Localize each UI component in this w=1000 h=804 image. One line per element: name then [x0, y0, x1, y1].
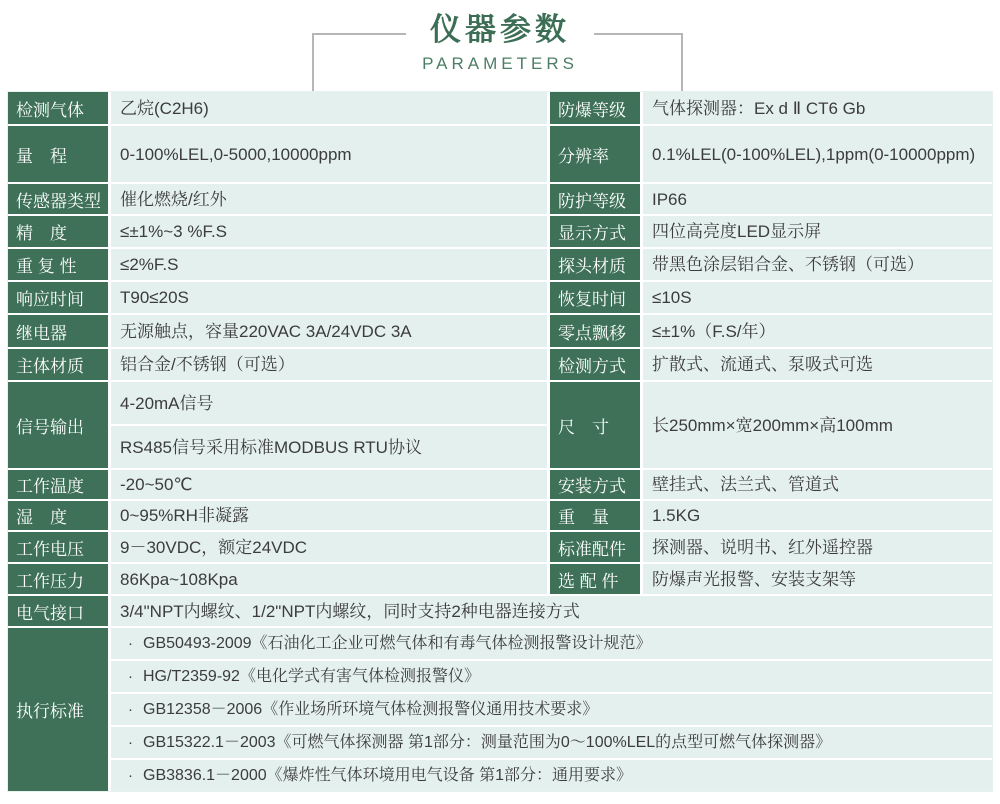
spec-value-ip-rating: IP66 [643, 184, 992, 214]
spec-label-zero-drift: 零点飘移 [550, 315, 640, 347]
spec-value-work-voltage: 9－30VDC，额定24VDC [111, 532, 547, 562]
bullet-icon: · [128, 730, 133, 755]
page-title-zh: 仪器参数 [422, 8, 578, 52]
spec-label-accuracy: 精 度 [8, 216, 108, 247]
spec-value-install-mode: 壁挂式、法兰式、管道式 [643, 470, 992, 499]
spec-value-sensor-type: 催化燃烧/红外 [111, 184, 547, 214]
spec-value-accuracy: ≤±1%~3 %F.S [111, 216, 547, 247]
spec-label-sensor-type: 传感器类型 [8, 184, 108, 214]
spec-label-explosion-proof: 防爆等级 [550, 92, 640, 124]
spec-value-work-pressure: 86Kpa~108Kpa [111, 564, 547, 594]
spec-label-response-time: 响应时间 [8, 282, 108, 313]
spec-value-signal-output-1: 4-20mA信号 [111, 382, 547, 424]
spec-value-body-material: 铝合金/不锈钢（可选） [111, 349, 547, 380]
spec-value-explosion-proof: 气体探测器：Ex d Ⅱ CT6 Gb [643, 92, 992, 124]
spec-label-body-material: 主体材质 [8, 349, 108, 380]
spec-table: 检测气体 乙烷(C2H6) 防爆等级 气体探测器：Ex d Ⅱ CT6 Gb 量… [8, 92, 992, 791]
standard-item-row: · HG/T2359-92《电化学式有害气体检测报警仪》 [111, 661, 992, 692]
spec-value-signal-output-2: RS485信号采用标准MODBUS RTU协议 [111, 426, 547, 468]
spec-value-dimension: 长250mm×宽200mm×高100mm [643, 382, 992, 468]
bullet-icon: · [128, 697, 133, 722]
spec-value-detect-gas: 乙烷(C2H6) [111, 92, 547, 124]
standard-item-text: GB12358－2006《作业场所环境气体检测报警仪通用技术要求》 [143, 697, 598, 722]
spec-label-humidity: 湿 度 [8, 501, 108, 530]
spec-value-range: 0-100%LEL,0-5000,10000ppm [111, 126, 547, 182]
spec-label-relay: 继电器 [8, 315, 108, 347]
spec-value-std-accessories: 探测器、说明书、红外遥控器 [643, 532, 992, 562]
spec-label-detect-gas: 检测气体 [8, 92, 108, 124]
spec-label-resolution: 分辨率 [550, 126, 640, 182]
page-title: 仪器参数 PARAMETERS [406, 8, 594, 76]
spec-value-probe-material: 带黑色涂层铝合金、不锈钢（可选） [643, 249, 992, 280]
page-title-en: PARAMETERS [422, 52, 578, 76]
spec-value-relay: 无源触点，容量220VAC 3A/24VDC 3A [111, 315, 547, 347]
spec-label-work-pressure: 工作压力 [8, 564, 108, 594]
spec-value-work-temp: -20~50℃ [111, 470, 547, 499]
bullet-icon: · [128, 664, 133, 689]
standard-item-row: · GB15322.1－2003《可燃气体探测器 第1部分：测量范围为0～100… [111, 727, 992, 758]
standard-item-text: GB15322.1－2003《可燃气体探测器 第1部分：测量范围为0～100%L… [143, 730, 831, 755]
spec-label-signal-output: 信号输出 [8, 382, 108, 468]
spec-value-electrical-interface: 3/4"NPT内螺纹、1/2"NPT内螺纹，同时支持2种电器连接方式 [111, 596, 992, 626]
standard-item-text: GB50493-2009《石油化工企业可燃气体和有毒气体检测报警设计规范》 [143, 631, 652, 656]
spec-label-work-temp: 工作温度 [8, 470, 108, 499]
spec-label-detect-mode: 检测方式 [550, 349, 640, 380]
spec-value-zero-drift: ≤±1%（F.S/年） [643, 315, 992, 347]
spec-label-range: 量 程 [8, 126, 108, 182]
spec-label-standards: 执行标准 [8, 628, 108, 791]
standard-item-row: · GB12358－2006《作业场所环境气体检测报警仪通用技术要求》 [111, 694, 992, 725]
spec-value-humidity: 0~95%RH非凝露 [111, 501, 547, 530]
standard-item-text: GB3836.1－2000《爆炸性气体环境用电气设备 第1部分：通用要求》 [143, 763, 632, 788]
spec-label-recovery-time: 恢复时间 [550, 282, 640, 313]
spec-value-display: 四位高亮度LED显示屏 [643, 216, 992, 247]
spec-value-weight: 1.5KG [643, 501, 992, 530]
bullet-icon: · [128, 763, 133, 788]
spec-label-display: 显示方式 [550, 216, 640, 247]
standard-item-row: · GB50493-2009《石油化工企业可燃气体和有毒气体检测报警设计规范》 [111, 628, 992, 659]
spec-label-repeatability: 重 复 性 [8, 249, 108, 280]
spec-label-electrical-interface: 电气接口 [8, 596, 108, 626]
standard-item-text: HG/T2359-92《电化学式有害气体检测报警仪》 [143, 664, 480, 689]
spec-label-std-accessories: 标准配件 [550, 532, 640, 562]
spec-value-repeatability: ≤2%F.S [111, 249, 547, 280]
spec-label-ip-rating: 防护等级 [550, 184, 640, 214]
spec-value-recovery-time: ≤10S [643, 282, 992, 313]
spec-value-detect-mode: 扩散式、流通式、泵吸式可选 [643, 349, 992, 380]
standard-item-row: · GB3836.1－2000《爆炸性气体环境用电气设备 第1部分：通用要求》 [111, 760, 992, 791]
bullet-icon: · [128, 631, 133, 656]
spec-label-opt-accessories: 选 配 件 [550, 564, 640, 594]
spec-label-weight: 重 量 [550, 501, 640, 530]
spec-value-response-time: T90≤20S [111, 282, 547, 313]
spec-value-resolution: 0.1%LEL(0-100%LEL),1ppm(0-10000ppm) [643, 126, 992, 182]
page-header: 仪器参数 PARAMETERS [0, 0, 1000, 92]
spec-label-work-voltage: 工作电压 [8, 532, 108, 562]
spec-label-dimension: 尺 寸 [550, 382, 640, 468]
spec-label-probe-material: 探头材质 [550, 249, 640, 280]
spec-value-opt-accessories: 防爆声光报警、安装支架等 [643, 564, 992, 594]
spec-label-install-mode: 安装方式 [550, 470, 640, 499]
